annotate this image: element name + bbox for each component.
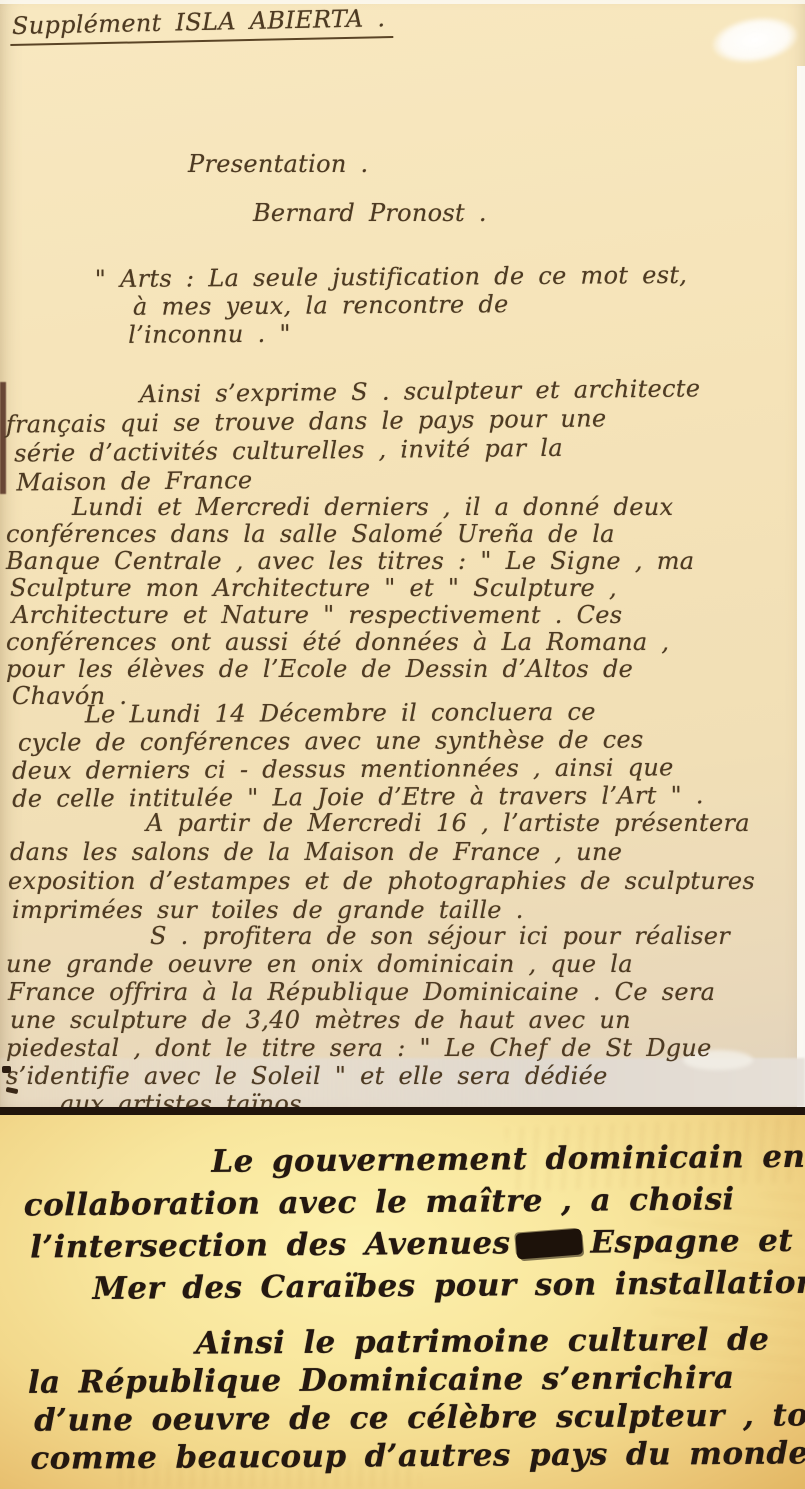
- handwritten-line: une grande oeuvre en onix dominicain , q…: [6, 950, 730, 978]
- photo-edge-top: [0, 0, 805, 4]
- handwritten-line: Ainsi le patrimoine culturel de: [195, 1320, 805, 1363]
- paragraph-intro: Ainsi s’exprime S . sculpteur et archite…: [5, 374, 701, 497]
- handwritten-line: la République Dominicaine s’enrichira: [28, 1358, 805, 1402]
- handwritten-line: S . profitera de son séjour ici pour réa…: [150, 922, 730, 950]
- handwritten-line: deux derniers ci - dessus mentionnées , …: [12, 753, 704, 785]
- handwritten-line-segment: Espagne et: [590, 1223, 793, 1261]
- handwritten-line: conférences ont aussi été données à La R…: [6, 629, 694, 656]
- handwritten-line: une sculpture de 3,40 mètres de haut ave…: [10, 1006, 730, 1034]
- ink-scribble-crossed-out-word: [516, 1228, 584, 1259]
- handwritten-line: Lundi et Mercredi derniers , il a donné …: [72, 494, 694, 521]
- document-title: Supplément ISLA ABIERTA .: [10, 4, 394, 46]
- handwritten-line: Architecture et Nature " respectivement …: [12, 602, 694, 629]
- author-name: Bernard Pronost .: [253, 199, 487, 227]
- handwritten-line: cycle de conférences avec une synthèse d…: [18, 725, 704, 757]
- handwritten-line: Ainsi s’exprime S . sculpteur et archite…: [139, 374, 700, 409]
- handwritten-line: conférences dans la salle Salomé Ureña d…: [6, 521, 694, 548]
- handwritten-line: France offrira à la République Dominicai…: [8, 978, 730, 1006]
- scanned-document: Supplément ISLA ABIERTA . Presentation .…: [0, 0, 805, 1489]
- manuscript-page-2: Le gouvernement dominicain en collaborat…: [0, 1107, 805, 1489]
- handwritten-line: exposition d’estampes et de photographie…: [8, 867, 755, 896]
- quote-line: " Arts : La seule justification de ce mo…: [95, 261, 688, 293]
- paragraph-sculpture: S . profitera de son séjour ici pour réa…: [6, 922, 730, 1118]
- handwritten-line: s’identifie avec le Soleil " et elle ser…: [6, 1062, 730, 1090]
- paragraph-patrimoine: Ainsi le patrimoine culturel de la Répub…: [15, 1320, 805, 1478]
- paragraph-installation-site: Le gouvernement dominicain en collaborat…: [15, 1135, 805, 1310]
- handwritten-line-segment: l’intersection des Avenues: [30, 1225, 511, 1265]
- author-text: Bernard Pronost .: [253, 199, 487, 227]
- handwritten-line: A partir de Mercredi 16 , l’artiste prés…: [146, 809, 755, 838]
- photo-edge-right: [797, 66, 805, 1107]
- handwritten-line: pour les élèves de l’Ecole de Dessin d’A…: [6, 656, 694, 683]
- presentation-heading: Presentation .: [188, 150, 368, 178]
- handwritten-line: imprimées sur toiles de grande taille .: [12, 896, 755, 925]
- handwritten-line: dans les salons de la Maison de France ,…: [10, 838, 755, 867]
- handwritten-line: Mer des Caraïbes pour son installation .: [92, 1261, 805, 1310]
- handwritten-line: l’intersection des AvenuesEspagne et: [30, 1219, 805, 1268]
- quote-line: à mes yeux, la rencontre de: [133, 289, 688, 321]
- paragraph-conclusion-cycle: Le Lundi 14 Décembre il concluera ce cyc…: [10, 697, 704, 813]
- handwritten-line: d’une oeuvre de ce célèbre sculpteur , t…: [34, 1396, 805, 1440]
- handwritten-line: Sculpture mon Architecture " et " Sculpt…: [10, 575, 694, 602]
- handwritten-line: Le Lundi 14 Décembre il concluera ce: [85, 697, 704, 728]
- paragraph-exposition: A partir de Mercredi 16 , l’artiste prés…: [8, 809, 755, 925]
- quote-line: l’inconnu . ": [128, 317, 688, 349]
- handwritten-line: collaboration avec le maître , a choisi: [24, 1177, 805, 1226]
- manuscript-page-1: Supplément ISLA ABIERTA . Presentation .…: [0, 0, 805, 1107]
- handwritten-line: Banque Centrale , avec les titres : " Le…: [6, 548, 694, 575]
- heading-text: Presentation .: [188, 150, 368, 178]
- handwritten-line: comme beaucoup d’autres pays du monde: [30, 1434, 805, 1478]
- handwritten-line: Le gouvernement dominicain en: [211, 1135, 805, 1183]
- document-title-text: Supplément ISLA ABIERTA .: [10, 4, 394, 46]
- epigraph-quote: " Arts : La seule justification de ce mo…: [95, 261, 688, 349]
- white-smudge: [709, 12, 801, 69]
- paragraph-conferences: Lundi et Mercredi derniers , il a donné …: [6, 494, 694, 710]
- handwritten-line: piedestal , dont le titre sera : " Le Ch…: [6, 1034, 730, 1062]
